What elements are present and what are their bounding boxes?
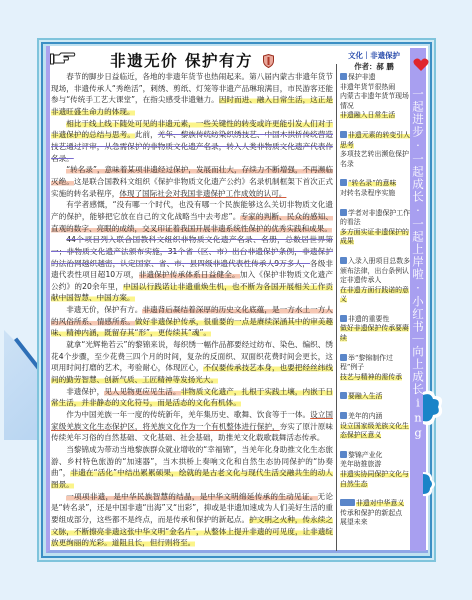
note-number-tag [340, 179, 347, 186]
note-text: 做好非遗保护传承要赓续 [340, 324, 409, 342]
article-paragraph: 44个项目列入联合国教科文组织非物质文化遗产名录、名册，总数居世界第一；非物质文… [51, 234, 333, 304]
heart-icon [413, 58, 429, 72]
note-text: 黎锦产业化 [348, 451, 382, 459]
note-text: 非遗年货节很热闹 [340, 83, 395, 91]
note-text: 非遗对中华意义 [356, 499, 404, 507]
sidebar-note: 非遗的重要性做好非遗保护传承要赓续 [340, 315, 410, 344]
note-text: “转名录”的意味 [348, 179, 396, 187]
title-text: 非遗无价 保护有方 [110, 51, 253, 70]
paragraph-segment: 作为中国羌族一年一度的传统新年，羌年集历史、歌舞、饮食等于一体。 [66, 410, 310, 419]
note-text: 传承和保护的新起点 [340, 509, 402, 517]
note-text: 多项技艺转出濒危保护名录 [340, 150, 409, 168]
note-line: 举“黎锦制作过程”例子 [340, 354, 410, 373]
article-paragraph: 就拿“光辉艳若云”的黎锦来说，每织绣一幅作品都要经过纺布、染色、编织、绣花4个步… [51, 339, 333, 386]
article-column: 非遗无价 保护有方 春节的脚步日益临近，各地的非遗年货节也热闹起来。第八届内蒙古… [50, 48, 334, 551]
note-line: 非遗对中华意义 [340, 499, 410, 509]
article-body: 春节的脚步日益临近，各地的非遗年货节也热闹起来。第八届内蒙古非遗年货节现场，非遗… [50, 71, 334, 549]
shield-icon [263, 54, 274, 68]
sidebar-note: 羌年的内涵设立国家级羌族文化生态保护区意义 [340, 412, 410, 441]
sidebar-note: 学者对非遗保护工作的看法多方面实证非遗保护的成果 [340, 209, 410, 247]
note-text: 学者对非遗保护工作的看法 [340, 209, 410, 227]
sidebar-note: 保护非遗非遗年货节很热闹内蒙古非遗年货节现场情况非遗融入日常生活 [340, 73, 410, 121]
note-line: 非遗元素的转变引人思考 [340, 131, 410, 150]
article-paragraph: 作为中国羌族一年一度的传统新年，羌年集历史、歌舞、饮食等于一体。设立国家级羌族文… [51, 409, 333, 444]
article-paragraph: 一项项非遗，是中华民族智慧的结晶，是中华文明绵延传承的生动见证。无论是“转名录”… [51, 491, 333, 549]
note-text: 要融入生活 [348, 392, 382, 400]
note-line: 非遗年货节很热闹 [340, 83, 410, 93]
paragraph-segment: 非遗保护， [66, 387, 104, 396]
note-line: 黎锦产业化 [340, 451, 410, 461]
paragraph-segment: 体现了国际社会对我国非遗保护工作成效的认可。 [119, 189, 286, 198]
note-text: 非遗元素的转变引人思考 [340, 131, 410, 149]
note-line: 羌年助推旅游 [340, 460, 410, 470]
article-paragraph: 有学者感慨，“没有哪一个时代，也没有哪一个民族能够这么关切非物质文化遗产的保护，… [51, 199, 333, 234]
sidebar-note: 黎锦产业化羌年助推旅游非遗实协同保护文化与自然生态 [340, 451, 410, 489]
note-number-tag [340, 392, 347, 399]
note-text: 羌年助推旅游 [340, 460, 381, 468]
note-line: 设立国家级羌族文化生态保护区意义 [340, 422, 410, 441]
note-line: “转名录”的意味 [340, 179, 410, 189]
note-line: 非遗实协同保护文化与自然生态 [340, 470, 410, 489]
note-text: 技艺与精神的需传承 [340, 373, 402, 381]
sidebar-note: 举“黎锦制作过程”例子技艺与精神的需传承 [340, 354, 410, 383]
note-line: 技艺与精神的需传承 [340, 373, 410, 383]
paragraph-segment: 非物质文化遗产法颁布实施，31个省（区、市）出台非遗保护条例， [66, 247, 302, 256]
note-number-tag [340, 315, 347, 322]
article-paragraph: 相比于线上线下随处可见的非遗元素，一些关键性的转变或许更能引发人们对于非遗保护的… [51, 118, 333, 165]
notes-list: 保护非遗非遗年货节很热闹内蒙古非遗年货节现场情况非遗融入日常生活非遗元素的转变引… [338, 73, 410, 528]
note-text: 羌年的内涵 [348, 412, 382, 420]
note-line: 学者对非遗保护工作的看法 [340, 209, 410, 228]
note-line: 要融入生活 [340, 392, 410, 402]
note-line: 传承和保护的新起点 [340, 509, 410, 519]
note-text: 对转名录程序实施 [340, 189, 395, 197]
note-line: 非遗融入日常生活 [340, 111, 410, 121]
note-text: 颁布法律，出台条例认定非遗传承人 [340, 267, 409, 285]
note-number-tag [340, 354, 347, 361]
article-title: 非遗无价 保护有方 [50, 49, 334, 71]
sidebar-note: “转名录”的意味对转名录程序实施 [340, 179, 410, 198]
sidebar-note: 要融入生活 [340, 392, 410, 402]
notes-sidebar: 文化｜非遗保护 作者：郝 鹏 保护非遗非遗年货节很热闹内蒙古非遗年货节现场情况非… [338, 48, 410, 551]
note-line: 羌年的内涵 [340, 412, 410, 422]
note-line: 做好非遗保护传承要赓续 [340, 324, 410, 343]
note-text: 在非遗方面行践诺的意义 [340, 286, 409, 304]
note-text: 举“黎锦制作过程”例子 [340, 354, 393, 372]
note-line: 入录入册项目总数多 [340, 257, 410, 267]
sidebar-author: 作者：郝 鹏 [338, 61, 410, 73]
note-line: 多方面实证非遗保护的成果 [340, 228, 410, 247]
note-text: 非遗的重要性 [348, 315, 389, 323]
note-line: 颁布法律，出台条例认定非遗传承人 [340, 267, 410, 286]
note-text: 非遗实协同保护文化与自然生态 [340, 470, 409, 488]
title-row: 非遗无价 保护有方 [50, 49, 334, 71]
note-number-tag [340, 412, 347, 419]
note-line: 展望未来 [340, 518, 410, 528]
article-paragraph: 当黎锦成为带动当地黎族群众就业增收的“幸福锦”，当羌年化身助推文化生态旅游、乡村… [51, 444, 333, 491]
note-number-tag [340, 131, 347, 138]
note-number-tag [340, 73, 347, 80]
note-line: 在非遗方面行践诺的意义 [340, 286, 410, 305]
note-line: 多项技艺转出濒危保护名录 [340, 150, 410, 169]
sidebar-header: 文化｜非遗保护 [338, 48, 410, 61]
note-number-tag [340, 257, 347, 264]
cloud-icon [423, 470, 437, 498]
article-paragraph: 春节的脚步日益临近，各地的非遗年货节也热闹起来。第八届内蒙古非遗年货节现场，非遗… [51, 71, 333, 118]
sidebar-note: 非遗对中华意义传承和保护的新起点展望未来 [340, 499, 410, 528]
cloud-icon [423, 388, 445, 428]
note-number-tag [340, 209, 347, 216]
note-line: 对转名录程序实施 [340, 189, 410, 199]
note-text: 非遗融入日常生活 [340, 111, 395, 119]
note-line: 内蒙古非遗年货节现场情况 [340, 92, 410, 111]
note-number-tag [340, 451, 347, 458]
article-paragraph: 非遗无价，保护有方。非遗背后凝结着深厚的历史文化底蕴，是一方水土一方人的风俗所系… [51, 304, 333, 339]
article-paragraph: 非遗保护，见人见物更应见生活。非物质文化遗产，扎根于实践土壤，内嵌于日常生活，并… [51, 386, 333, 409]
column-divider [336, 64, 337, 551]
sidebar-note: 非遗元素的转变引人思考多项技艺转出濒危保护名录 [340, 131, 410, 169]
paragraph-segment: 非遗在“活化”中结出累累硕果，绘就的是古老文化与现代生活交融共生的动人图景。 [51, 468, 333, 489]
note-text: 设立国家级羌族文化生态保护区意义 [340, 422, 409, 440]
note-text: 多方面实证非遗保护的成果 [340, 228, 409, 246]
paragraph-segment: 一项项非遗，是中华民族智慧的结晶，是中华文明绵延传承的生动见证。 [66, 492, 317, 501]
note-text: 保护非遗 [348, 73, 376, 81]
article-paragraph: “转名录”，意味着某项非遗经过保护，发展而壮大，存续力不断增强，不再濒临灭绝。这… [51, 164, 333, 199]
paragraph-segment: 此前， [135, 130, 158, 139]
note-text: 展望未来 [340, 518, 368, 526]
note-line: 保护非遗 [340, 73, 410, 83]
paragraph-segment: 非遗无价，保护有方。 [66, 305, 142, 314]
note-text: 内蒙古非遗年货节现场情况 [340, 92, 409, 110]
note-text: 入录入册项目总数多 [348, 257, 410, 265]
paragraph-segment: 非遗保护传承体系日益健全。 [139, 270, 240, 279]
note-number-tag [340, 499, 355, 506]
sidebar-note: 入录入册项目总数多颁布法律，出台条例认定非遗传承人在非遗方面行践诺的意义 [340, 257, 410, 305]
paragraph-segment: 见人见物更应见生活。 [104, 387, 180, 396]
